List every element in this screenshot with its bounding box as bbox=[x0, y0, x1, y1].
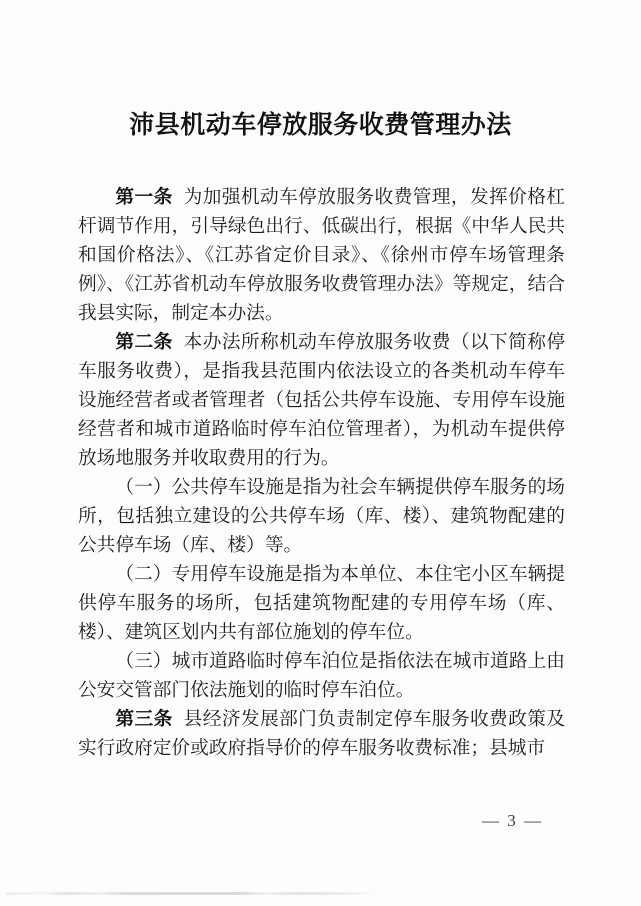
paragraph-article-2: 第二条本办法所称机动车停放服务收费（以下简称停车服务收费），是指我县范围内依法设… bbox=[78, 328, 565, 473]
paragraph-text: （三）城市道路临时停车泊位是指依法在城市道路上由公安交管部门依法施划的临时停车泊… bbox=[78, 651, 565, 701]
paragraph-text: （二）专用停车设施是指为本单位、本住宅小区车辆提供停车服务的场所，包括建筑物配建… bbox=[78, 564, 565, 643]
scan-shadow-artifact bbox=[6, 892, 378, 895]
scanned-document-page: 沛县机动车停放服务收费管理办法 第一条为加强机动车停放服务收费管理，发挥价格杠杆… bbox=[0, 0, 641, 906]
paragraph-text: （一）公共停车设施是指为社会车辆提供停车服务的场所，包括独立建设的公共停车场（库… bbox=[78, 477, 565, 556]
article-number-label: 第一条 bbox=[115, 187, 172, 208]
article-number-label: 第三条 bbox=[115, 709, 172, 730]
page-number: — 3 — bbox=[482, 810, 543, 832]
paragraph-item-2: （二）专用停车设施是指为本单位、本住宅小区车辆提供停车服务的场所，包括建筑物配建… bbox=[78, 560, 565, 647]
document-title: 沛县机动车停放服务收费管理办法 bbox=[0, 110, 641, 142]
paragraph-article-1: 第一条为加强机动车停放服务收费管理，发挥价格杠杆调节作用，引导绿色出行、低碳出行… bbox=[78, 183, 565, 328]
article-number-label: 第二条 bbox=[115, 332, 172, 353]
paragraph-article-3: 第三条县经济发展部门负责制定停车服务收费政策及实行政府定价或政府指导价的停车服务… bbox=[78, 705, 565, 763]
paragraph-item-1: （一）公共停车设施是指为社会车辆提供停车服务的场所，包括独立建设的公共停车场（库… bbox=[78, 473, 565, 560]
document-body: 第一条为加强机动车停放服务收费管理，发挥价格杠杆调节作用，引导绿色出行、低碳出行… bbox=[78, 183, 565, 763]
paragraph-item-3: （三）城市道路临时停车泊位是指依法在城市道路上由公安交管部门依法施划的临时停车泊… bbox=[78, 647, 565, 705]
